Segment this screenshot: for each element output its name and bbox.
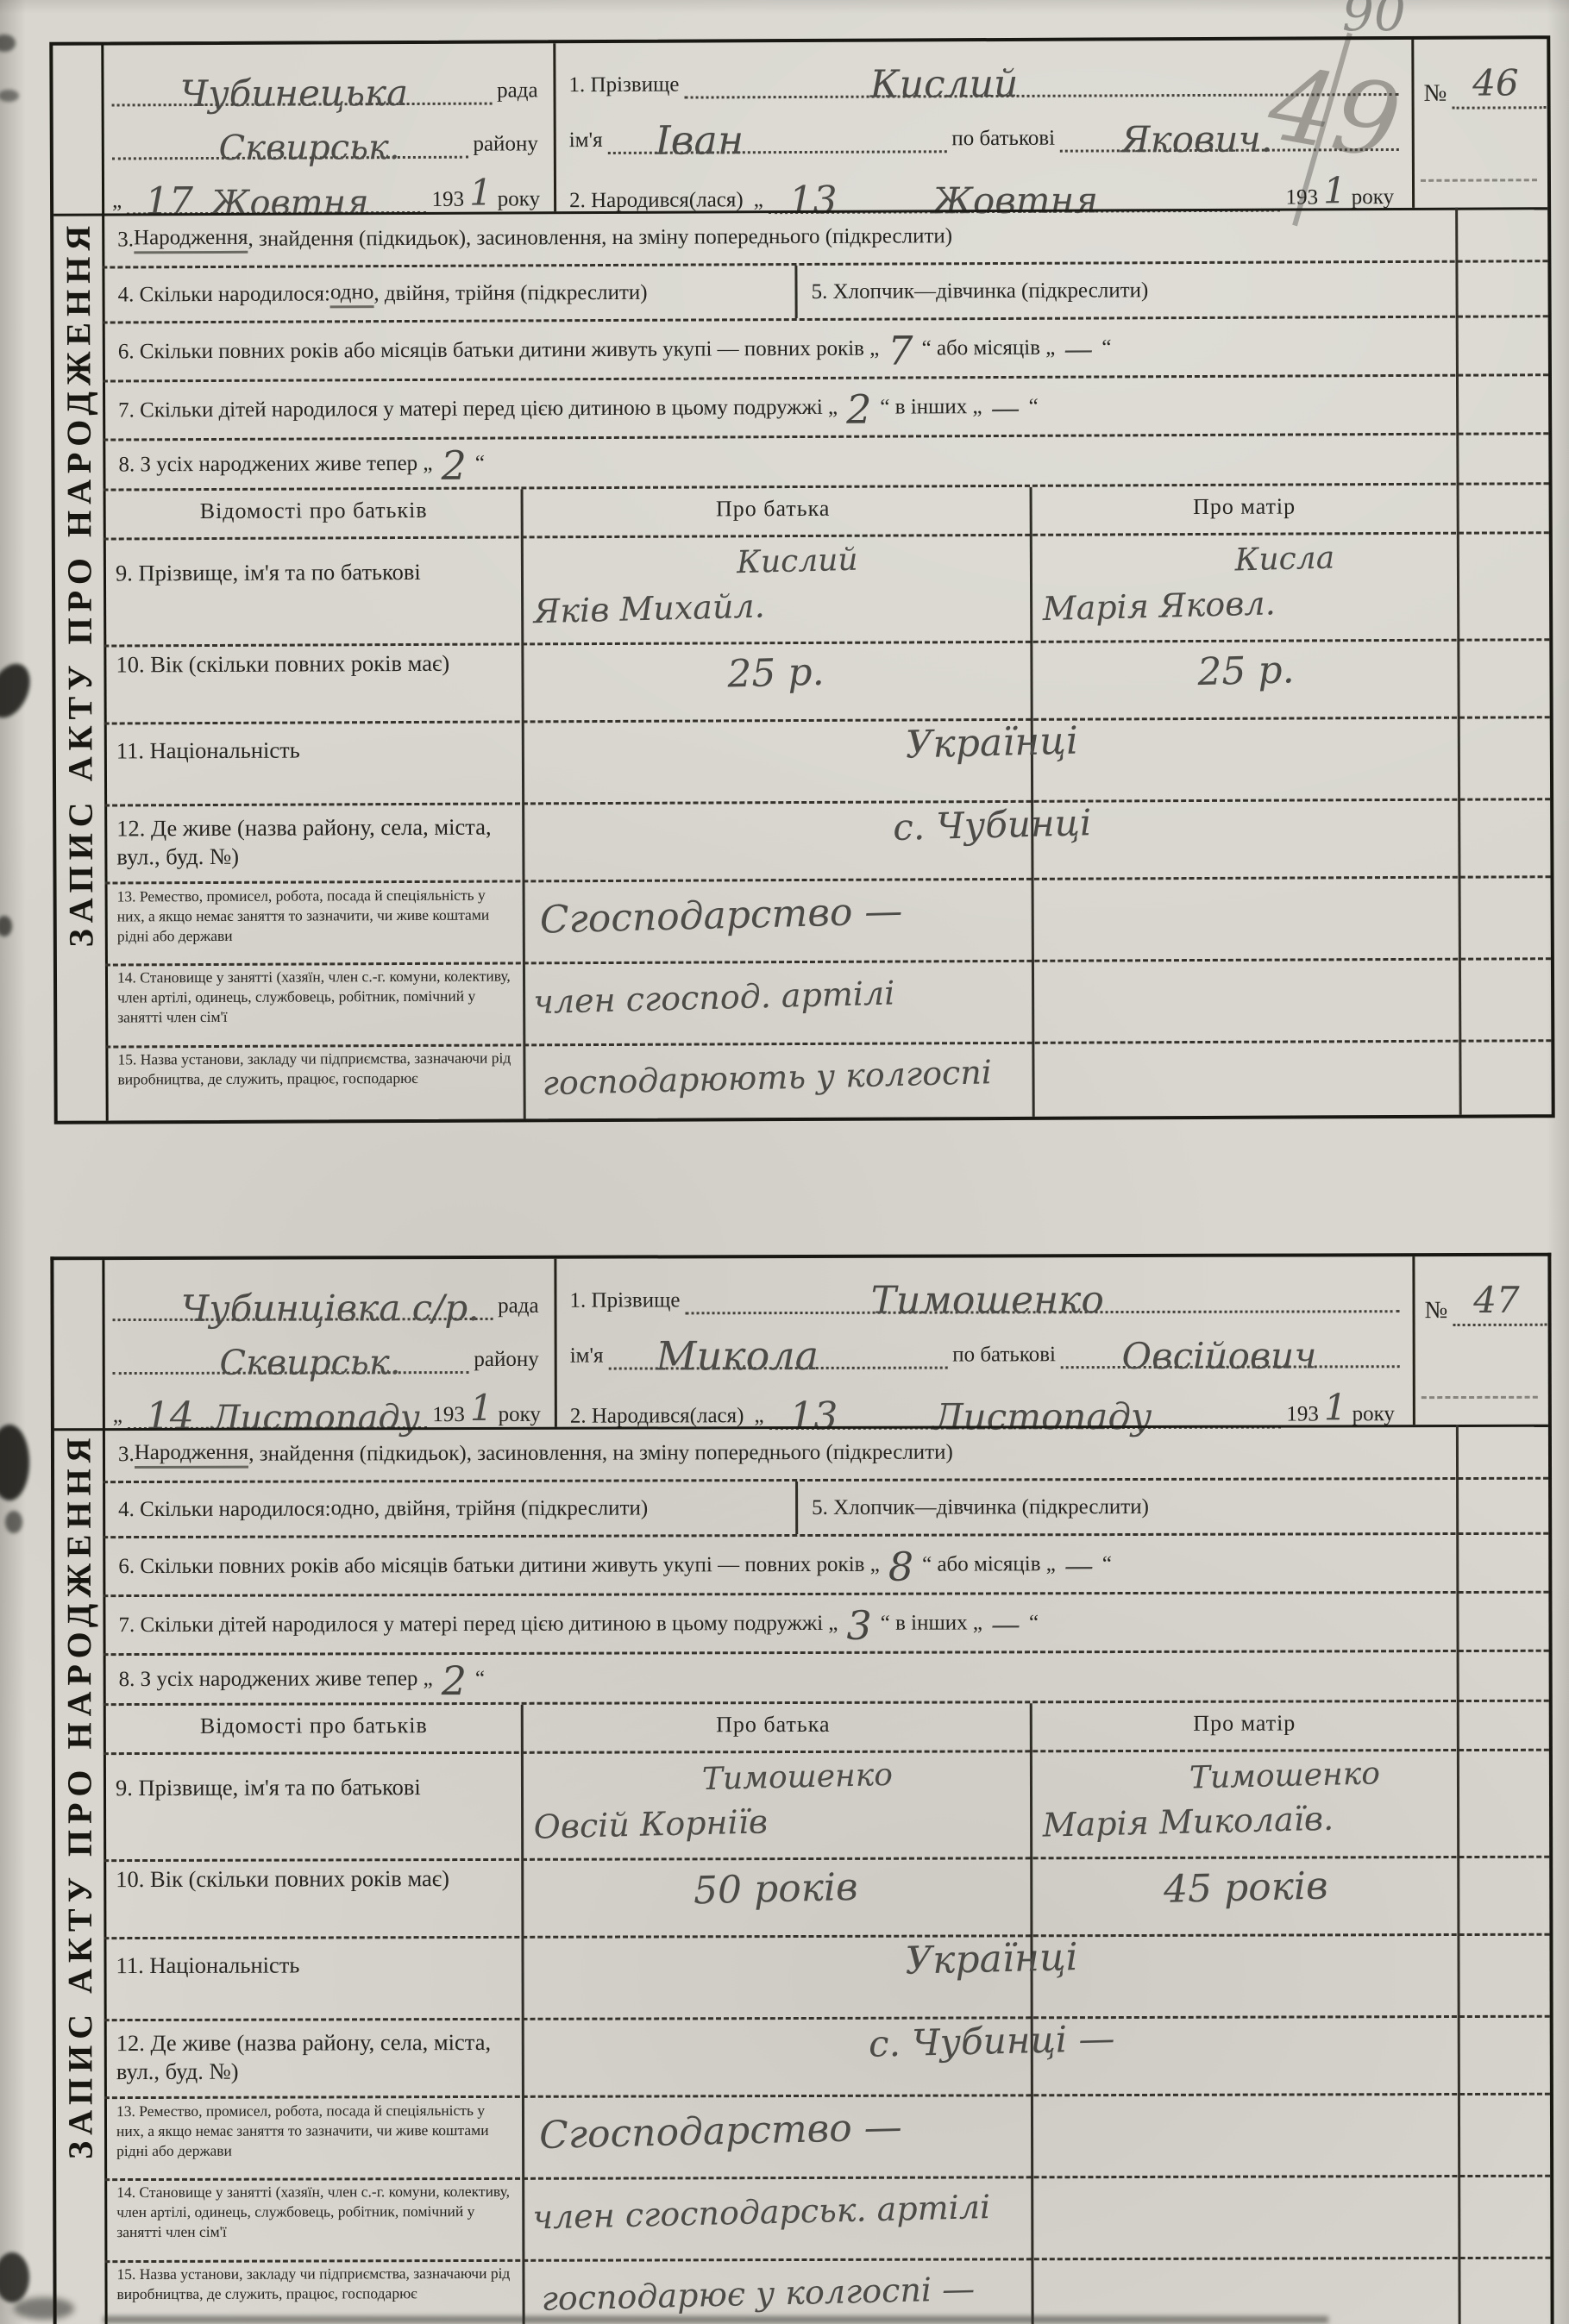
header-number-block: № 47	[1412, 1256, 1548, 1425]
surname-field: Тимошенко	[685, 1277, 1399, 1314]
number-extra-rule	[1422, 1396, 1538, 1399]
district-field: Сквирськ.	[113, 1338, 469, 1375]
district-handwriting: Сквирськ.	[219, 1345, 400, 1381]
council-handwriting: Чубинцівка с/р.	[181, 1290, 480, 1327]
close-quote: “	[475, 1666, 485, 1690]
form-vertical-title: ЗАПИС АКТУ ПРО НАРОДЖЕННЯ	[58, 219, 102, 947]
name-label: ім'я	[564, 129, 608, 154]
birth-year-digit: 1	[1324, 1386, 1347, 1428]
table-header-rule	[104, 1749, 1549, 1755]
q5-text: 5. Хлопчик—дівчинка (підкреслити)	[812, 1494, 1149, 1519]
mother-age-handwriting: 45 років	[1039, 1861, 1453, 1914]
father-fullname-handwriting: Тимошенко Овсій Корніїв	[529, 1754, 1022, 1845]
form-side-strip: ЗАПИС АКТУ ПРО НАРОДЖЕННЯ	[53, 46, 108, 1121]
council-handwriting: Чубинецька	[180, 75, 409, 112]
table-father-mother-divider	[1030, 1703, 1034, 2324]
table-header-rule	[104, 531, 1549, 540]
header-registration-block: Чубинцівка с/р. рада Сквирськ. району „ …	[102, 1259, 557, 1428]
row9-rule	[104, 638, 1549, 647]
about-father-header: Про батька	[525, 495, 1021, 523]
district-field: Сквирськ.	[112, 123, 468, 160]
question-6: 6. Скільки повних років або місяців бать…	[103, 1535, 1548, 1597]
registration-year-digit: 1	[469, 172, 493, 214]
ink-stain	[0, 1425, 29, 1500]
parents-info-header: Відомості про батьків	[116, 497, 512, 524]
open-quote: „	[107, 190, 127, 215]
scanned-register-page: 90 49 ЗАПИС АКТУ ПРО НАРОДЖЕННЯ Чубинець…	[0, 0, 1569, 2324]
patronymic-field: Якович.	[1060, 116, 1399, 153]
council-label: рада	[493, 1295, 543, 1320]
number-extra-rule	[1421, 179, 1537, 182]
registration-year-digit: 1	[470, 1387, 493, 1429]
q6-mid: “ або місяців „	[922, 335, 1056, 360]
q6-mid: “ або місяців „	[922, 1552, 1056, 1576]
roku-label: року	[493, 188, 545, 213]
name-field: Іван	[607, 117, 946, 154]
ink-stain	[0, 34, 16, 52]
surname-field: Кислий	[684, 60, 1398, 99]
q8-text: 8. З усіх народжених живе тепер „	[119, 1667, 433, 1692]
q4-prefix: 4. Скільки народилося:	[118, 1497, 330, 1522]
q6-text: 6. Скільки повних років або місяців бать…	[118, 1552, 880, 1578]
row15-label: 15. Назва установи, закладу чи підприємс…	[117, 1048, 512, 1088]
ink-stain	[5, 1511, 22, 1533]
mother-fullname-handwriting: Тимошенко Марія Миколаїв.	[1038, 1753, 1488, 1844]
row13-label: 13. Ремество, промисел, робота, посада й…	[116, 2101, 511, 2160]
header-child-block: 1. Прізвище Кислий ім'я Іван по батькові…	[553, 40, 1415, 211]
close-quote: “	[475, 451, 485, 475]
father-age-handwriting: 50 років	[530, 1861, 1022, 1916]
question-6: 6. Скільки повних років або місяців бать…	[103, 317, 1548, 382]
row12-label: 12. Де живе (назва району, села, міста, …	[116, 2028, 511, 2086]
header-child-block: 1. Прізвище Тимошенко ім'я Микола по бат…	[554, 1256, 1415, 1427]
row14-label: 14. Становище у занятті (хазяїн, член с.…	[116, 2182, 511, 2241]
row10-label: 10. Вік (скільки повних років має)	[116, 648, 511, 679]
occupation-handwriting: Сгосподарство —	[539, 2092, 1472, 2158]
open-quote: „	[108, 1405, 128, 1430]
surname-line: 1. Прізвище Кислий	[563, 60, 1398, 99]
name-patronymic-line: ім'я Іван по батькові Якович.	[564, 116, 1399, 154]
q7-mid: “ в інших „	[880, 395, 982, 420]
close-quote: “	[1029, 1611, 1039, 1635]
ink-stain	[0, 2252, 29, 2302]
patronymic-label: по батькові	[947, 1344, 1061, 1369]
row9-label: 9. Прізвище, ім'я та по батькові	[116, 1773, 511, 1802]
name-label: ім'я	[565, 1345, 609, 1370]
number-label: №	[1418, 82, 1452, 110]
question-4: 4. Скільки народилося: одно , двійня, тр…	[103, 1481, 798, 1536]
patronymic-handwriting: Овсійович	[1122, 1337, 1317, 1375]
birth-date-field: 13 Листопаду	[769, 1394, 1282, 1431]
ink-stain	[0, 90, 19, 102]
ink-stain	[0, 657, 38, 724]
surname-line: 1. Прізвище Тимошенко	[564, 1277, 1399, 1315]
q7-mid: “ в інших „	[881, 1611, 982, 1635]
close-quote: “	[1029, 394, 1039, 418]
registration-date-field: 17 Жовтня	[127, 179, 427, 216]
institution-handwriting: господарюють у колгоспі	[542, 1039, 1534, 1102]
mother-fullname-handwriting: Кисла Марія Яковл.	[1038, 536, 1488, 628]
birth-date-line: 2. Народився(лася) „ 13 Листопаду 193 1 …	[565, 1386, 1400, 1431]
row15-label: 15. Назва установи, закладу чи підприємс…	[116, 2264, 511, 2304]
name-field: Микола	[608, 1334, 947, 1370]
registration-date-field: 14 Листопаду	[128, 1394, 427, 1430]
council-line: Чубинецька рада	[111, 69, 543, 106]
ink-stain	[0, 916, 12, 936]
name-handwriting: Іван	[655, 120, 744, 160]
header-registration-block: Чубинецька рада Сквирськ. району „ 17 Жо…	[101, 43, 556, 213]
position-handwriting: член сгосподарськ. артілі	[532, 2176, 1499, 2236]
about-mother-header: Про матір	[1039, 493, 1451, 521]
close-quote: “	[1101, 335, 1111, 360]
header-number-block: № 46	[1411, 39, 1547, 208]
q5-text: 5. Хлопчик—дівчинка (підкреслити)	[811, 279, 1148, 304]
row10-label: 10. Вік (скільки повних років має)	[116, 1864, 511, 1894]
father-age-handwriting: 25 р.	[530, 645, 1022, 701]
surname-label: 1. Прізвище	[563, 74, 684, 100]
q4-underlined-option: одно	[331, 1496, 374, 1521]
close-quote: “	[1102, 1552, 1112, 1576]
row14-label: 14. Становище у занятті (хазяїн, член с.…	[117, 966, 512, 1026]
q3-number: 3.	[118, 1443, 135, 1467]
question-4-5-row: 4. Скільки народилося: одно , двійня, тр…	[102, 262, 1547, 323]
parents-info-header: Відомості про батьків	[116, 1713, 512, 1739]
q4-rest: , двійня, трійня (підкреслити)	[374, 1496, 648, 1521]
question-8: 8. З усіх народжених живе тепер „ 2 “	[104, 1652, 1549, 1706]
father-fullname-handwriting: Кислий Яків Михайл.	[529, 538, 1022, 630]
council-field: Чубинецька	[111, 70, 492, 107]
number-field: 46	[1452, 73, 1546, 109]
question-7: 7. Скільки дітей народилося у матері пер…	[103, 376, 1548, 441]
birth-year-digit: 1	[1323, 169, 1346, 211]
about-father-header: Про батька	[525, 1711, 1021, 1738]
council-field: Чубинцівка с/р.	[112, 1285, 493, 1321]
roku-label: року	[493, 1404, 546, 1429]
surname-label: 1. Прізвище	[564, 1289, 685, 1314]
number-field: 47	[1453, 1291, 1547, 1326]
form-side-strip: ЗАПИС АКТУ ПРО НАРОДЖЕННЯ	[53, 1260, 107, 2324]
row11-label: 11. Національність	[116, 1951, 511, 1980]
row12-label: 12. Де живе (назва району, села, міста, …	[116, 812, 511, 871]
row9-rule	[104, 1856, 1549, 1862]
question-4-5-row: 4. Скільки народилося: одно , двійня, тр…	[103, 1480, 1548, 1538]
patronymic-field: Овсійович	[1061, 1332, 1400, 1369]
birth-record-form: ЗАПИС АКТУ ПРО НАРОДЖЕННЯ Чубинецька рад…	[49, 35, 1554, 1124]
occupation-handwriting: Сгосподарство —	[539, 874, 1472, 942]
question-5: 5. Хлопчик—дівчинка (підкреслити)	[797, 262, 1547, 318]
patronymic-handwriting: Якович.	[1121, 122, 1272, 159]
question-5: 5. Хлопчик—дівчинка (підкреслити)	[798, 1480, 1548, 1534]
surname-handwriting: Кислий	[870, 66, 1019, 104]
name-patronymic-line: ім'я Микола по батькові Овсійович	[565, 1332, 1400, 1370]
registration-date-line: „ 17 Жовтня 193 1 року	[107, 171, 545, 215]
question-3: 3. Народження , знайдення (підкидьок), з…	[102, 207, 1547, 268]
record-number-handwriting: 46	[1472, 65, 1519, 101]
q4-underlined-option: одно	[330, 280, 374, 308]
q4-rest: , двійня, трійня (підкреслити)	[373, 280, 647, 305]
question-7: 7. Скільки дітей народилося у матері пер…	[103, 1594, 1548, 1656]
q6-text: 6. Скільки повних років або місяців бать…	[118, 336, 880, 364]
council-label: рада	[492, 79, 543, 104]
row11-label: 11. Національність	[116, 735, 511, 765]
about-mother-header: Про матір	[1039, 1710, 1451, 1737]
q8-text: 8. З усіх народжених живе тепер „	[118, 451, 432, 477]
q3-underlined-option: Народження	[134, 225, 248, 254]
mother-age-handwriting: 25 р.	[1039, 644, 1453, 698]
q7-text: 7. Скільки дітей народилося у матері пер…	[118, 1611, 838, 1637]
row9-label: 9. Прізвище, ім'я та по батькові	[116, 557, 511, 587]
q3-number: 3.	[117, 228, 134, 252]
q7-text: 7. Скільки дітей народилося у матері пер…	[118, 395, 838, 423]
district-line: Сквирськ. району	[113, 1338, 544, 1375]
birth-record-form: ЗАПИС АКТУ ПРО НАРОДЖЕННЯ Чубинцівка с/р…	[50, 1253, 1553, 2324]
name-handwriting: Микола	[656, 1336, 819, 1375]
table-label-column-divider	[521, 1705, 525, 2324]
question-4: 4. Скільки народилося: одно , двійня, тр…	[102, 266, 797, 322]
q3-text: , знайдення (підкидьок), засиновлення, н…	[248, 224, 952, 252]
question-8: 8. З усіх народжених живе тепер „ 2 “	[103, 435, 1548, 491]
question-3: 3. Народження , знайдення (підкидьок), з…	[103, 1425, 1548, 1483]
record-number-handwriting: 47	[1473, 1282, 1520, 1319]
row13-label: 13. Ремество, промисел, робота, посада й…	[117, 885, 512, 945]
registration-date-line: „ 14 Листопаду 193 1 року	[108, 1387, 546, 1430]
record-number-line: № 46	[1418, 73, 1546, 110]
form-vertical-title: ЗАПИС АКТУ ПРО НАРОДЖЕННЯ	[58, 1431, 100, 2159]
institution-handwriting: господарює у колгоспі —	[541, 2257, 1534, 2318]
surname-handwriting: Тимошенко	[871, 1281, 1104, 1320]
corner-pencil-mark: 90	[1342, 0, 1406, 38]
number-label: №	[1420, 1299, 1453, 1326]
district-handwriting: Сквирськ.	[219, 130, 400, 166]
q3-underlined-option: Народження	[135, 1440, 249, 1468]
year-print: 193	[427, 1404, 470, 1429]
q3-text: , знайдення (підкидьок), засиновлення, н…	[248, 1440, 953, 1466]
year-print: 193	[426, 189, 469, 214]
council-line: Чубинцівка с/р. рада	[112, 1285, 543, 1321]
record-number-line: № 47	[1419, 1291, 1547, 1326]
q4-prefix: 4. Скільки народилося:	[117, 282, 330, 307]
district-label: району	[468, 133, 543, 158]
position-handwriting: член сгоспод. артілі	[533, 959, 1500, 1021]
district-label: району	[468, 1349, 543, 1374]
district-line: Сквирськ. району	[112, 122, 543, 160]
patronymic-label: по батькові	[946, 128, 1060, 153]
